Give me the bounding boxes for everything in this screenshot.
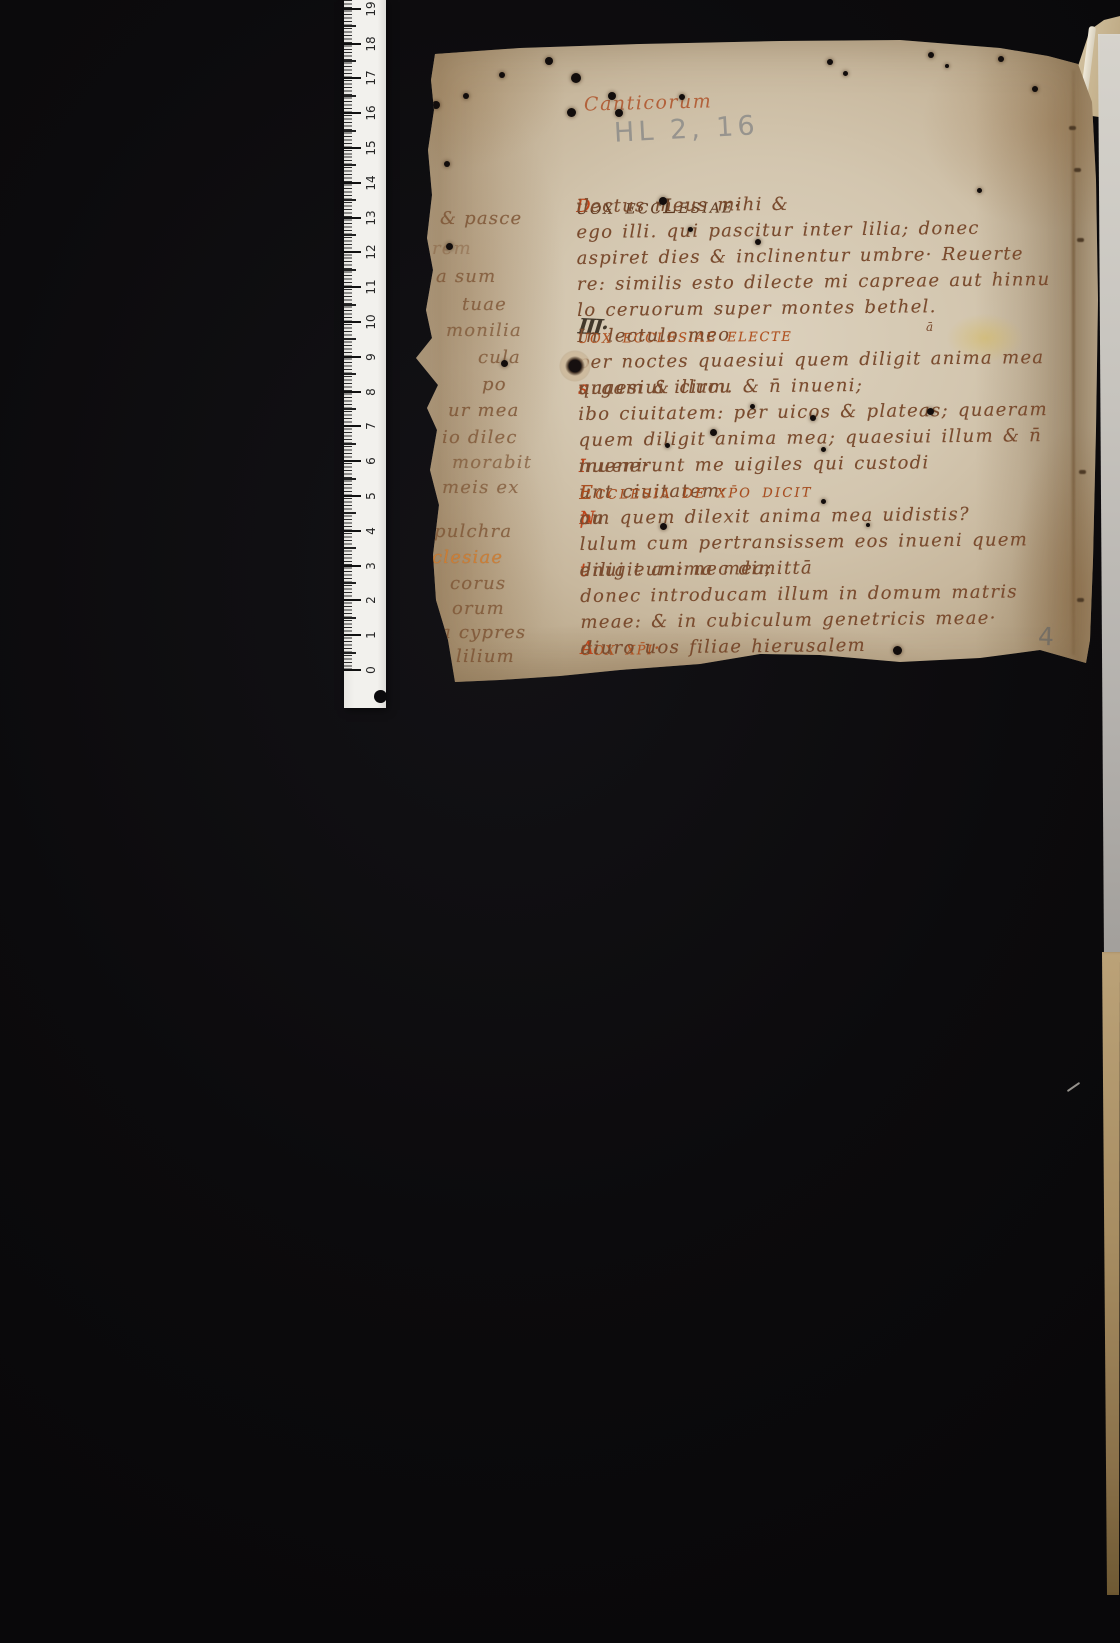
ruler-number: 4 bbox=[365, 520, 377, 542]
ruler-tick-halfcm bbox=[344, 582, 356, 584]
ruler-tick-halfcm bbox=[344, 234, 356, 236]
ruler-tick-cm bbox=[344, 495, 361, 497]
ruler-number: 5 bbox=[365, 485, 377, 507]
ruler-tick-halfcm bbox=[344, 373, 356, 375]
ruler-hole bbox=[374, 690, 387, 703]
wormhole bbox=[945, 64, 949, 68]
sewing-mark bbox=[1077, 238, 1084, 242]
ruler-tick-cm bbox=[344, 356, 361, 358]
wormhole bbox=[998, 56, 1004, 62]
ruler-tick-cm bbox=[344, 669, 361, 671]
wormhole bbox=[463, 93, 469, 99]
photo-stage: 012345678910111213141516171819 Canticoru… bbox=[0, 0, 1120, 1643]
parchment-hole bbox=[559, 350, 591, 382]
ruler-tick-cm bbox=[344, 321, 361, 323]
wormhole bbox=[1032, 86, 1038, 92]
ruler-tick-halfcm bbox=[344, 25, 356, 27]
text-segment-ink: urgam & circu bbox=[578, 374, 732, 402]
ruler-number: 6 bbox=[365, 450, 377, 472]
text-segment-ink: In lectulo meo bbox=[577, 322, 730, 350]
wormhole bbox=[710, 429, 717, 436]
margin-fragment: pulchra bbox=[434, 521, 512, 542]
ruler-number: 12 bbox=[365, 241, 377, 263]
wormhole bbox=[665, 443, 670, 448]
ruler-number: 17 bbox=[365, 67, 377, 89]
margin-fragment: morabit bbox=[452, 452, 532, 473]
text-segment-ink: lo ceruorum super montes bethel. bbox=[577, 294, 937, 324]
ruler-tick-cm bbox=[344, 425, 361, 427]
ruler-number: 11 bbox=[365, 276, 377, 298]
ruler-tick-halfcm bbox=[344, 164, 356, 166]
ruler-tick-halfcm bbox=[344, 652, 356, 654]
ruler-tick-cm bbox=[344, 565, 361, 567]
ruler-number: 9 bbox=[365, 346, 377, 368]
gutter-fold-line bbox=[1072, 70, 1075, 655]
margin-fragment: a cypres bbox=[440, 622, 526, 643]
wormhole bbox=[755, 239, 761, 245]
sewing-mark bbox=[1079, 470, 1086, 474]
margin-fragment: monilia bbox=[446, 320, 522, 341]
text-segment-ink: ilectus meus mihi & bbox=[576, 192, 789, 220]
margin-fragment: a sum bbox=[436, 266, 496, 287]
measurement-ruler: 012345678910111213141516171819 bbox=[344, 0, 386, 708]
ruler-number: 1 bbox=[365, 624, 377, 646]
ruler-tick-cm bbox=[344, 599, 361, 601]
wormhole bbox=[821, 499, 826, 504]
ruler-tick-halfcm bbox=[344, 130, 356, 132]
margin-fragment: lilium bbox=[456, 646, 515, 667]
book-foredge-lower bbox=[1096, 952, 1120, 1595]
ruler-tick-halfcm bbox=[344, 512, 356, 514]
ruler-tick-halfcm bbox=[344, 60, 356, 62]
ruler-tick-halfcm bbox=[344, 269, 356, 271]
ruler-number: 15 bbox=[365, 137, 377, 159]
ruler-number: 0 bbox=[365, 659, 377, 681]
ruler-number: 16 bbox=[365, 102, 377, 124]
ruler-tick-halfcm bbox=[344, 408, 356, 410]
ruler-tick-halfcm bbox=[344, 547, 356, 549]
ruler-tick-cm bbox=[344, 147, 361, 149]
book-foredge-upper bbox=[1094, 34, 1120, 959]
margin-fragment: cula bbox=[478, 347, 521, 368]
margin-fragment: & pasce bbox=[440, 208, 522, 229]
ruler-number: 18 bbox=[365, 33, 377, 55]
ruler-number: 3 bbox=[365, 555, 377, 577]
ink-title: Canticorum bbox=[584, 90, 713, 115]
text-segment-ink: um quem dilexit anima mea uidistis? bbox=[579, 502, 970, 532]
wormhole bbox=[688, 227, 693, 232]
ruler-tick-halfcm bbox=[344, 338, 356, 340]
ruler-tick-cm bbox=[344, 217, 361, 219]
ruler-mm-ticks bbox=[344, 0, 352, 672]
wormhole bbox=[501, 360, 508, 367]
wormhole bbox=[821, 447, 826, 452]
ruler-number: 10 bbox=[365, 311, 377, 333]
wormhole bbox=[927, 408, 934, 415]
margin-fragment: tuae bbox=[462, 294, 507, 315]
ruler-tick-cm bbox=[344, 77, 361, 79]
ruler-tick-cm bbox=[344, 43, 361, 45]
text-segment-ink: au bbox=[579, 506, 604, 532]
ruler-tick-halfcm bbox=[344, 478, 356, 480]
ruler-number: 19 bbox=[365, 0, 377, 20]
margin-fragment: corus bbox=[450, 573, 506, 594]
ruler-number: 8 bbox=[365, 381, 377, 403]
manuscript-text-line: uox xp̄i· Adiuro uos filiae hierusalem bbox=[581, 631, 1061, 662]
wormhole bbox=[679, 94, 685, 100]
wormhole bbox=[615, 109, 623, 117]
ruler-number: 2 bbox=[365, 589, 377, 611]
wormhole bbox=[810, 415, 816, 421]
margin-fragment: meis ex bbox=[442, 477, 520, 498]
pencil-folio-number: 4 bbox=[1037, 622, 1054, 652]
dust-fiber bbox=[1067, 1082, 1080, 1092]
text-segment-ink: enui eum: nec dimittā bbox=[580, 556, 813, 584]
main-text-block: uox eccLesiae· Dilectus meus mihi &ego i… bbox=[576, 189, 1061, 662]
wormhole bbox=[660, 523, 667, 530]
margin-fragment: io dilec bbox=[442, 427, 518, 448]
ruler-tick-cm bbox=[344, 391, 361, 393]
wormhole bbox=[446, 243, 453, 250]
ruler-tick-halfcm bbox=[344, 199, 356, 201]
ruler-number: 13 bbox=[365, 207, 377, 229]
margin-fragment: clesiae bbox=[432, 547, 503, 568]
wormhole bbox=[866, 523, 870, 527]
wormhole bbox=[659, 197, 667, 205]
wormhole bbox=[608, 92, 616, 100]
wormhole bbox=[893, 646, 902, 655]
wormhole bbox=[567, 108, 576, 117]
wormhole bbox=[571, 73, 581, 83]
ruler-tick-cm bbox=[344, 460, 361, 462]
wormhole bbox=[432, 101, 440, 109]
wormhole bbox=[444, 161, 450, 167]
text-segment-ink: diuro uos filiae hierusalem bbox=[581, 633, 866, 662]
ruler-number: 7 bbox=[365, 415, 377, 437]
text-segment-rubriccaps: Ecclesia de xp̄o dicit bbox=[579, 478, 813, 506]
ruler-tick-cm bbox=[344, 112, 361, 114]
ruler-tick-cm bbox=[344, 8, 361, 10]
sewing-mark bbox=[1074, 168, 1081, 172]
margin-fragment: po bbox=[482, 374, 507, 395]
sewing-mark bbox=[1069, 126, 1076, 130]
ruler-tick-cm bbox=[344, 286, 361, 288]
wormhole bbox=[545, 57, 553, 65]
wormhole bbox=[750, 404, 755, 409]
wormhole bbox=[843, 71, 848, 76]
ruler-tick-cm bbox=[344, 634, 361, 636]
margin-fragment: ur mea bbox=[448, 400, 520, 421]
ruler-tick-halfcm bbox=[344, 95, 356, 97]
ruler-tick-halfcm bbox=[344, 617, 356, 619]
wormhole bbox=[499, 72, 505, 78]
wormhole bbox=[827, 59, 833, 65]
wormhole bbox=[977, 188, 982, 193]
ruler-number: 14 bbox=[365, 172, 377, 194]
ruler-tick-halfcm bbox=[344, 304, 356, 306]
ruler-tick-halfcm bbox=[344, 443, 356, 445]
sewing-mark bbox=[1077, 598, 1084, 602]
ruler-tick-cm bbox=[344, 182, 361, 184]
wormhole bbox=[928, 52, 934, 58]
ruler-tick-cm bbox=[344, 251, 361, 253]
manuscript-leaf: Canticorum HL 2, 16 III· ā & pascerema … bbox=[0, 0, 1120, 1643]
ruler-tick-cm bbox=[344, 530, 361, 532]
margin-fragment: orum bbox=[452, 598, 505, 619]
text-segment-ink: nuenerunt me uigiles qui custodi bbox=[579, 450, 930, 480]
